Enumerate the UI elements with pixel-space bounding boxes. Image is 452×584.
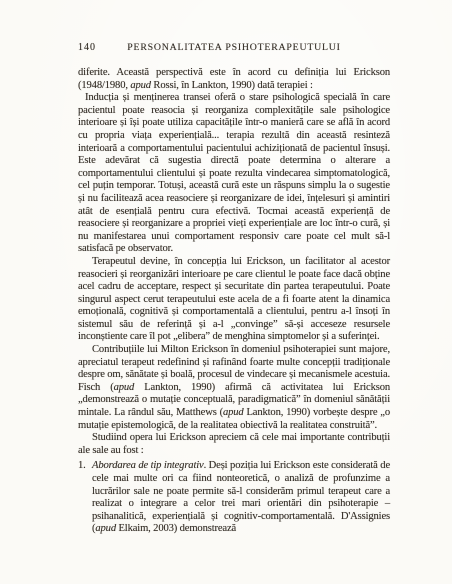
paragraph-studying-erickson: Studiind opera lui Erickson apreciem că … [78, 432, 390, 457]
page-number: 140 [78, 41, 96, 54]
paragraph-erickson-contributions: Contribuțiile lui Milton Erickson în dom… [78, 344, 390, 432]
page-body: diferite. Această perspectivă este în ac… [78, 67, 390, 536]
list-item-text: Abordarea de tip integrativ. Deși poziți… [92, 460, 390, 536]
page-header: 140 PERSONALITATEA PSIHOTERAPEUTULUI [78, 41, 390, 54]
running-title: PERSONALITATEA PSIHOTERAPEUTULUI [78, 41, 390, 54]
list-item: 1. Abordarea de tip integrativ. Deși poz… [78, 460, 390, 536]
list-item-number: 1. [78, 460, 92, 536]
block-quote-erickson-definition: Inducția și menținerea transei oferă o s… [78, 92, 390, 256]
book-page-scan: 140 PERSONALITATEA PSIHOTERAPEUTULUI dif… [0, 0, 452, 584]
contributions-list: 1. Abordarea de tip integrativ. Deși poz… [78, 460, 390, 536]
paragraph-intro: diferite. Această perspectivă este în ac… [78, 67, 390, 92]
paragraph-therapist-facilitator: Terapeutul devine, în concepția lui Eric… [78, 256, 390, 344]
